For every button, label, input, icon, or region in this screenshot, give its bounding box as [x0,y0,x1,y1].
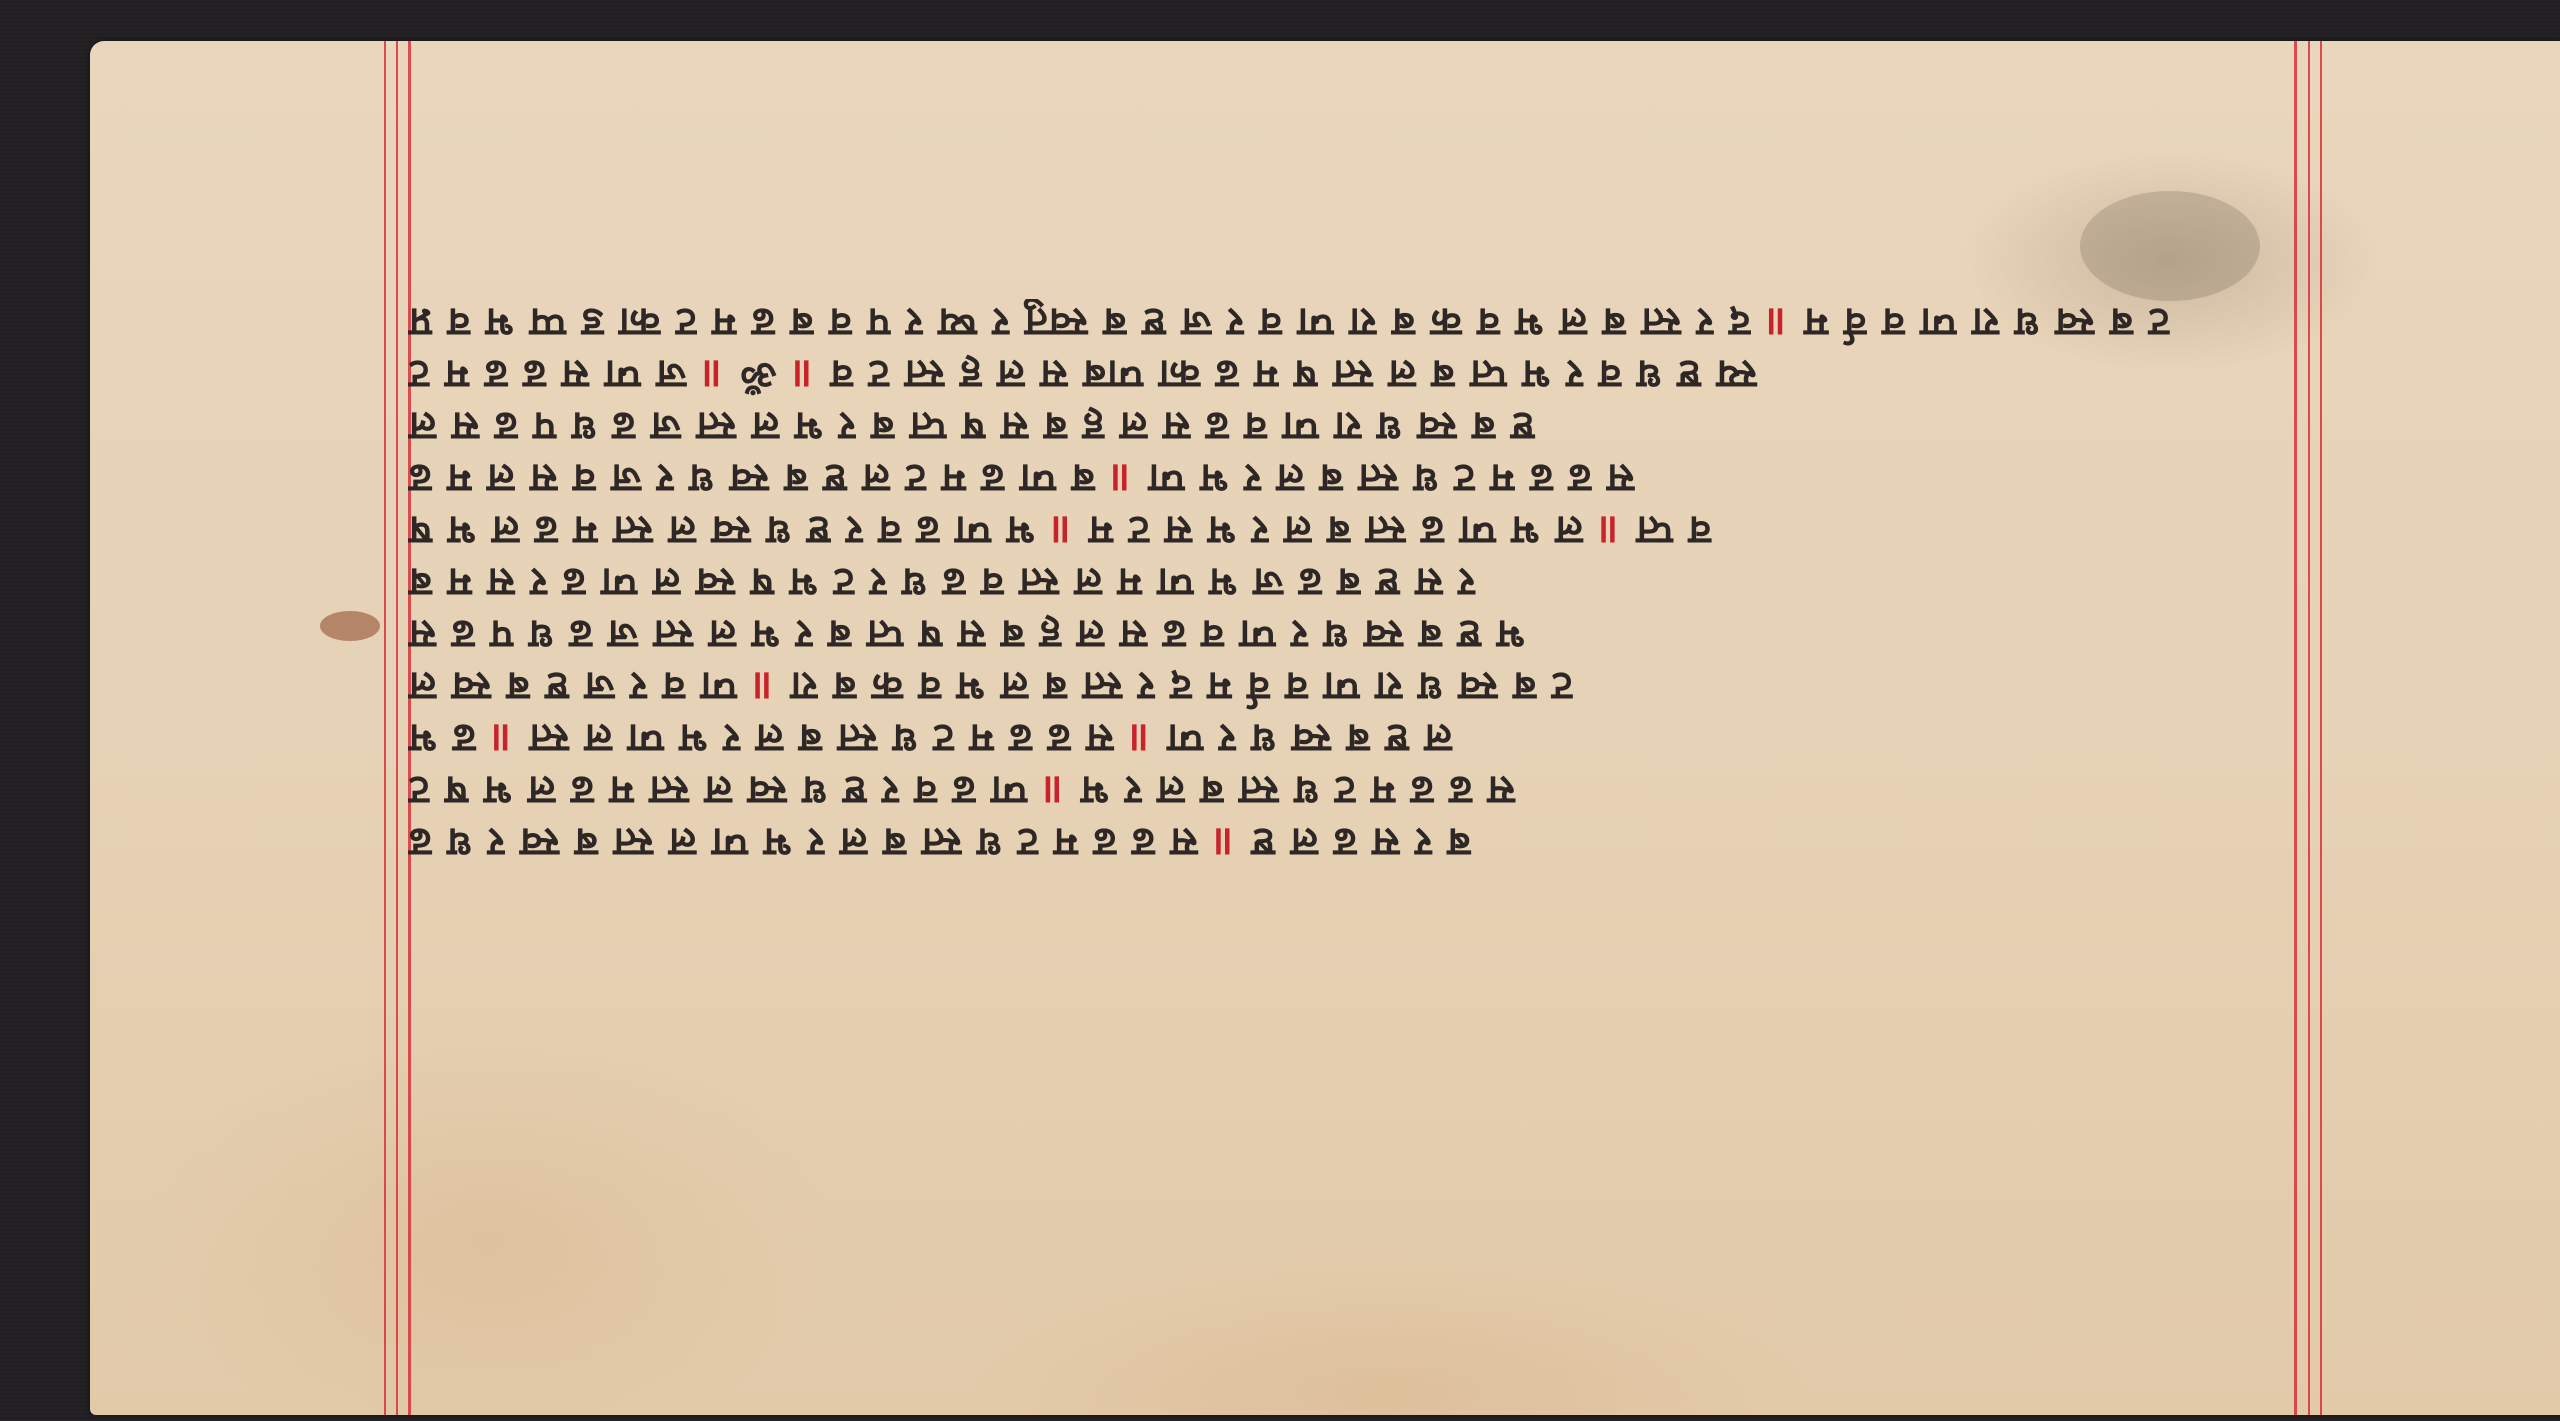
script-segment: ढ भ [408,715,476,767]
script-segment: ब र स ढ ल ष्ट [1251,819,1471,871]
red-double-danda: ॥ [1764,299,1789,351]
red-double-danda: ॥ [751,663,776,715]
script-line: ट ब स्व ध रा प्ग व र्व म॥द र स्त ब ल भ व… [408,299,2288,351]
script-segment: ब प्ग ढ म ट ल ष्ट ब स्व ध र ज व स ल म ढ [408,455,1095,507]
red-double-danda: ॥ [1049,507,1074,559]
red-double-danda: ॥ [1041,767,1066,819]
left-margin-rule [396,41,398,1415]
script-line: ब र स ढ ल ष्ट॥स ढ ढ म ट ध स्त ब ल र भ प्… [408,819,2288,871]
script-segment: स ढ ढ म ट ध स्त ब ल र भ प्ग ल स्त [529,715,1114,767]
script-line: व प्त॥ल भ प्ग ढ स्त ब ल र भ स ट म॥भ प्ग … [408,507,2288,559]
script-line: स ढ ढ म ट ध स्त ब ल र भ॥प्ग ढ व र ष्ट ध … [408,767,2288,819]
red-double-danda: ॥ [1212,819,1237,871]
script-segment: ष्ट ब स्व ध रा प्ग व ढ स ल ह ब स ष प्त ब… [408,403,1535,455]
script-segment: ट ब स्व ध रा प्ग व र्व म द र स्त ब ल भ व… [790,663,1573,715]
script-segment: ट ब स्व ध रा प्ग व र्व म [1803,299,2169,351]
script-line: ष्ट ब स्व ध रा प्ग व ढ स ल ह ब स ष प्त ब… [408,403,2288,455]
script-segment: प्ग ढ व र ष्ट ध स्व ल स्त म ढ ल भ ष ट [408,767,1027,819]
manuscript-folio: ट ब स्व ध रा प्ग व र्व म॥द र स्त ब ल भ व… [90,41,2560,1415]
red-double-danda: ॥ [791,351,816,403]
script-segment: स ढ ढ म ट ध स्त ब ल र भ प्ग ल स्त ब स्व … [408,819,1198,871]
script-segment: प्ग व र ज ष्ट ब स्व ल [408,663,737,715]
red-double-danda: ॥ [700,351,725,403]
script-line: स ढ ढ म ट ध स्त ब ल र भ प्ग॥ब प्ग ढ म ट … [408,455,2288,507]
script-segment: तु र ष्य र प व ब ढ म ट का ड प्प भ व प्न [408,299,1048,351]
script-line: ट ब स्व ध रा प्ग व र्व म द र स्त ब ल भ व… [408,663,2288,715]
script-segment: स्य ष्ट ध व र भ प्त ब ल स्त ष म ढ का प्ग [1106,351,1756,403]
script-line: भ ष्ट ब स्व ध र प्ग व ढ स ल ह ब स ष प्त … [408,611,2288,663]
red-double-danda: ॥ [1127,715,1152,767]
right-margin-rule [2294,41,2297,1415]
ink-stain [320,611,380,641]
red-double-danda: ॥ [1109,455,1134,507]
water-stain [2080,191,2260,301]
left-margin-rule [384,41,386,1415]
script-segment: व प्त [1636,507,1711,559]
script-segment: ज प्ग स ढ ढ म ट [408,351,686,403]
script-segment: भ ष्ट ब स्व ध र प्ग व ढ स ल ह ब स ष प्त … [408,611,1525,663]
script-segment: द र स्त ब ल भ व क ब रा प्ग व र ज ष्ट ब स… [1048,299,1751,351]
script-line: र स ष्ट ब ढ ज भ प्ग म ल स्त व ढ ध र ट भ … [408,559,2288,611]
script-line: ल ष्ट ब स्व ध र प्ग॥स ढ ढ म ट ध स्त ब ल … [408,715,2288,767]
text-block: ट ब स्व ध रा प्ग व र्व म॥द र स्त ब ल भ व… [408,299,2288,871]
script-segment: ल ष्ट ब स्व ध र प्ग [1166,715,1451,767]
script-segment: स ढ ढ म ट ध स्त ब ल र भ [1080,767,1515,819]
red-double-danda: ॥ [490,715,515,767]
right-margin-rule [2308,41,2310,1415]
script-segment: ब स ल ह स्त ट व [830,351,1107,403]
right-margin-rule [2320,41,2322,1415]
script-segment: स ढ ढ म ट ध स्त ब ल र भ प्ग [1148,455,1635,507]
script-segment: भ प्ग ढ व र ष्ट ध स्व ल स्त म ढ ल भ ष [408,507,1035,559]
script-segment: ल भ प्ग ढ स्त ब ल र भ स ट म [1088,507,1583,559]
script-segment: ॐ [739,351,776,403]
red-double-danda: ॥ [1597,507,1622,559]
script-line: स्य ष्ट ध व र भ प्त ब ल स्त ष म ढ का प्ग… [408,351,2288,403]
script-segment: र स ष्ट ब ढ ज भ प्ग म ल स्त व ढ ध र ट भ … [408,559,1475,611]
